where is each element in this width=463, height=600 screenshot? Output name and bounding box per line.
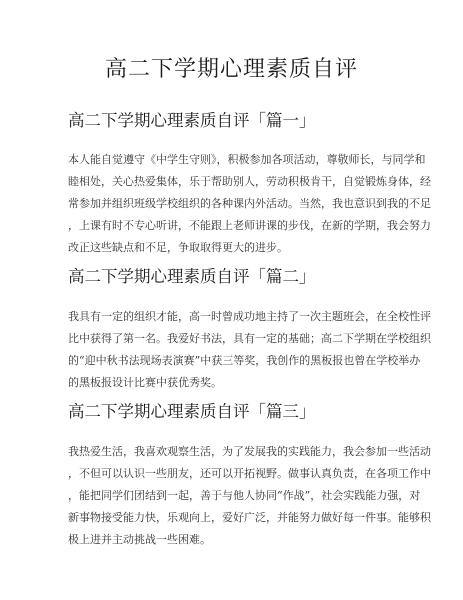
section-heading-2: 高二下学期心理素质自评「篇二」 [68,266,316,288]
paragraph-line: ，上课有时不专心听讲，不能跟上老师讲课的步伐，在新的学期，我会努力 [68,215,398,237]
paragraph-line: 常参加并组织班级学校组织的各种课内外活动。当然，我也意识到我的不足 [68,193,398,215]
paragraph-line: 比中获得了第一名。我爱好书法，具有一定的基础；高二下学期在学校组织 [68,328,398,350]
paragraph-line: 我热爱生活，我喜欢观察生活，为了发展我的实践能力，我会参加一些活动 [68,441,398,463]
section-heading-3: 高二下学期心理素质自评「篇三」 [68,401,316,423]
paragraph-line: 的黑板报设计比赛中获优秀奖。 [68,372,398,394]
section-body-3: 我热爱生活，我喜欢观察生活，为了发展我的实践能力，我会参加一些活动 ，不但可以认… [68,441,398,551]
page-title: 高二下学期心理素质自评 [0,56,463,84]
section-heading-1: 高二下学期心理素质自评「篇一」 [68,110,316,132]
paragraph-line: 的“迎中秋书法现场表演赛”中获三等奖，我创作的黑板报也曾在学校举办 [68,350,398,372]
paragraph-line: 改正这些缺点和不足，争取取得更大的进步。 [68,237,398,259]
section-body-2: 我具有一定的组织才能，高一时曾成功地主持了一次主题班会，在全校性评 比中获得了第… [68,306,398,394]
paragraph-line: 新事物接受能力快，乐观向上，爱好广泛，并能努力做好每一件事。能够积 [68,507,398,529]
paragraph-line: ，能把同学们团结到一起，善于与他人协同“作战”，社会实践能力强，对 [68,485,398,507]
paragraph-line: 本人能自觉遵守《中学生守则》，积极参加各项活动，尊敬师长，与同学和 [68,149,398,171]
paragraph-line: 睦相处，关心热爱集体，乐于帮助别人，劳动积极肯干，自觉锻炼身体，经 [68,171,398,193]
document-page: 高二下学期心理素质自评 高二下学期心理素质自评「篇一」 本人能自觉遵守《中学生守… [0,0,463,600]
paragraph-line: 我具有一定的组织才能，高一时曾成功地主持了一次主题班会，在全校性评 [68,306,398,328]
section-body-1: 本人能自觉遵守《中学生守则》，积极参加各项活动，尊敬师长，与同学和 睦相处，关心… [68,149,398,259]
paragraph-line: 极上进并主动挑战一些困难。 [68,529,398,551]
paragraph-line: ，不但可以认识一些朋友，还可以开拓视野。做事认真负责，在各项工作中 [68,463,398,485]
